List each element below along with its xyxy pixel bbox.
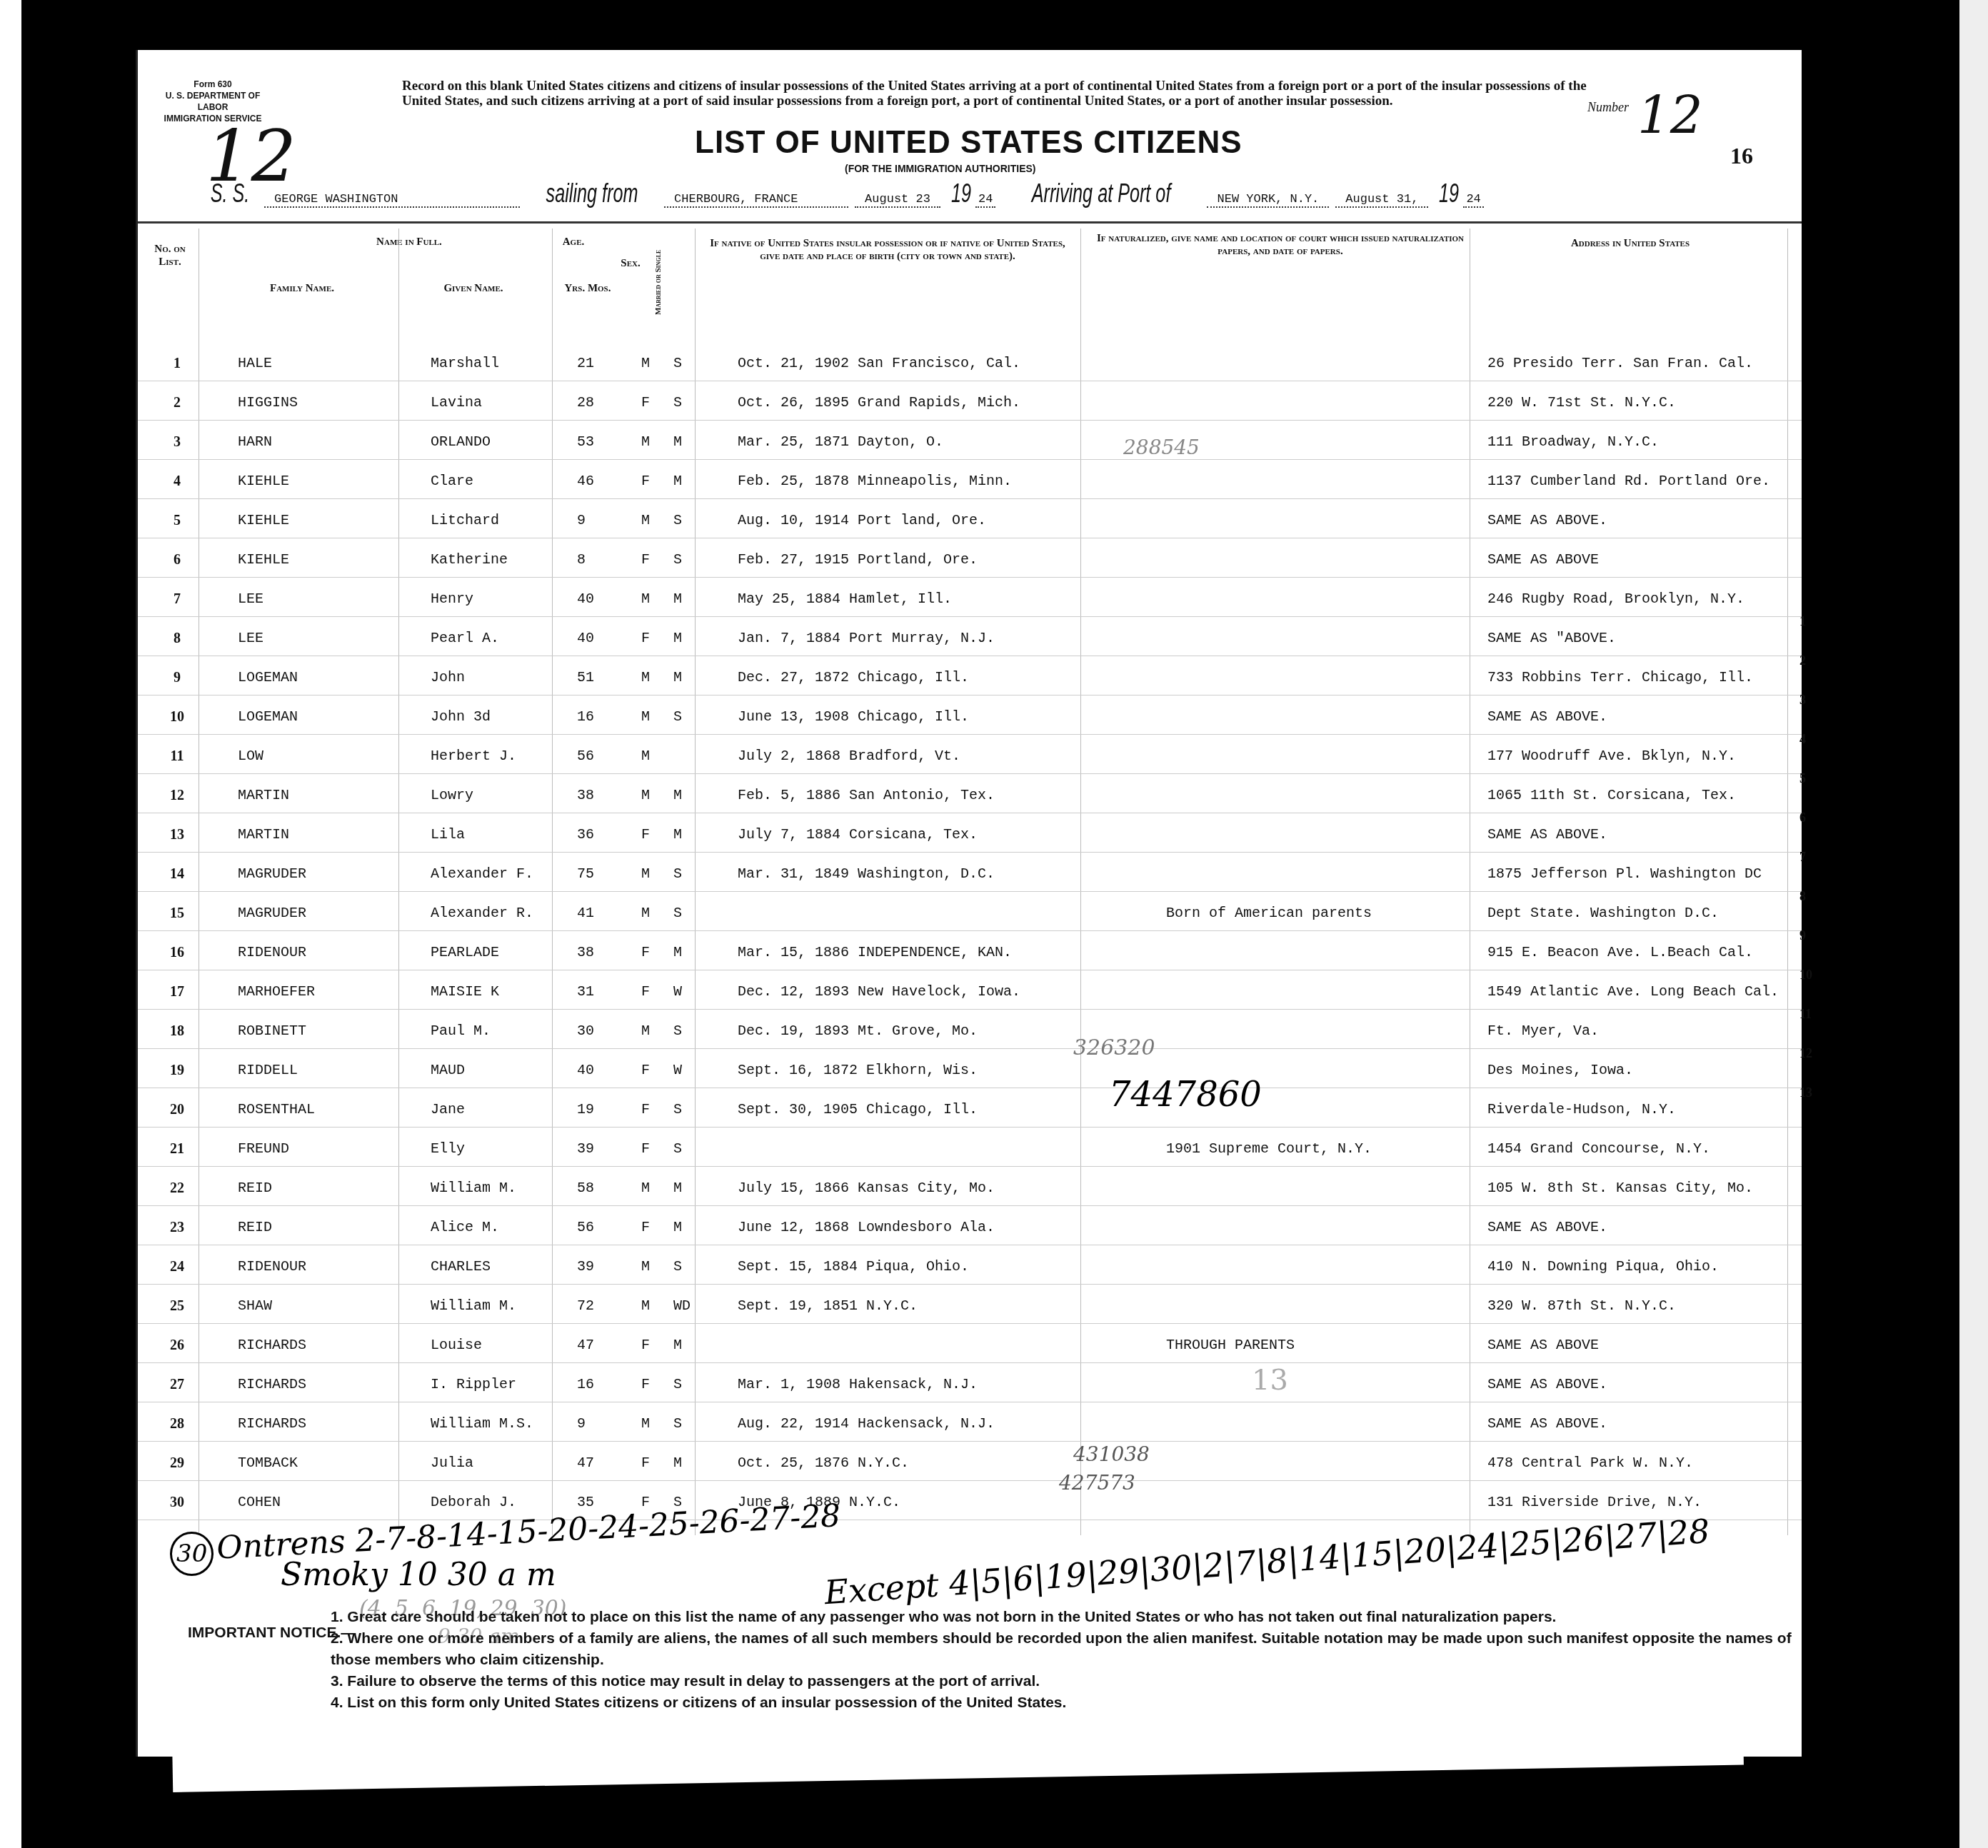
voyage-line: S. S. GEORGE WASHINGTON sailing from CHE…	[202, 179, 1773, 214]
given-name: Clare	[431, 473, 473, 490]
margin-line-number: 3	[1799, 693, 1806, 708]
table-row: 22REIDWilliam M.58MMJuly 15, 1866 Kansas…	[138, 1167, 1802, 1206]
family-name: COHEN	[238, 1495, 281, 1511]
given-name: Alexander R.	[431, 905, 533, 922]
sex: F	[641, 1455, 650, 1472]
age: 36	[577, 827, 594, 843]
sex: M	[641, 788, 650, 804]
record-instructions: Record on this blank United States citiz…	[402, 79, 1616, 109]
address: SAME AS ABOVE.	[1487, 709, 1607, 725]
family-name: LEE	[238, 591, 263, 608]
given-name: Henry	[431, 591, 473, 608]
table-row: 7LEEHenry40MMMay 25, 1884 Hamlet, Ill.24…	[138, 578, 1802, 617]
birth-info: Oct. 25, 1876 N.Y.C.	[738, 1455, 909, 1472]
sex: M	[641, 513, 650, 529]
family-name: TOMBACK	[238, 1455, 298, 1472]
address: Des Moines, Iowa.	[1487, 1063, 1633, 1079]
table-row: 11LOWHerbert J.56MJuly 2, 1868 Bradford,…	[138, 735, 1802, 774]
birth-info: Aug. 22, 1914 Hackensack, N.J.	[738, 1416, 995, 1432]
birth-info: June 13, 1908 Chicago, Ill.	[738, 709, 969, 725]
birth-info: Sept. 15, 1884 Piqua, Ohio.	[738, 1259, 969, 1275]
notice-item: 3. Failure to observe the terms of this …	[331, 1671, 1794, 1692]
table-row: 6KIEHLEKatherine8FSFeb. 27, 1915 Portlan…	[138, 539, 1802, 578]
row-number: 22	[163, 1180, 191, 1197]
age: 21	[577, 356, 594, 372]
sex: M	[641, 356, 650, 372]
birth-info: Dec. 12, 1893 New Havelock, Iowa.	[738, 984, 1020, 1000]
row-number: 24	[163, 1259, 191, 1275]
marital-status: M	[673, 591, 682, 608]
family-name: REID	[238, 1220, 272, 1236]
address: 105 W. 8th St. Kansas City, Mo.	[1487, 1180, 1753, 1197]
margin-line-number: 10	[1799, 968, 1812, 983]
marital-status: M	[673, 631, 682, 647]
given-name: Deborah J.	[431, 1495, 516, 1511]
col-birth: If native of United States insular posse…	[702, 237, 1073, 263]
family-name: RICHARDS	[238, 1416, 306, 1432]
table-row: 21FREUNDElly39FS1901 Supreme Court, N.Y.…	[138, 1128, 1802, 1167]
marital-status: M	[673, 1180, 682, 1197]
address: SAME AS ABOVE.	[1487, 1220, 1607, 1236]
family-name: ROSENTHAL	[238, 1102, 315, 1118]
departure-year: 24	[975, 193, 995, 208]
row-number: 27	[163, 1377, 191, 1393]
given-name: PEARLADE	[431, 945, 499, 961]
page-subtitle: (FOR THE IMMIGRATION AUTHORITIES)	[845, 163, 1036, 174]
marital-status: S	[673, 513, 682, 529]
address: 220 W. 71st St. N.Y.C.	[1487, 395, 1676, 411]
col-age: Age.	[538, 236, 609, 248]
col-family-name: Family Name.	[209, 282, 395, 295]
age: 30	[577, 1023, 594, 1040]
marital-status: S	[673, 356, 682, 372]
given-name: Elly	[431, 1141, 465, 1157]
margin-line-number: 2	[1799, 653, 1806, 668]
age: 39	[577, 1141, 594, 1157]
given-name: William M.	[431, 1298, 516, 1315]
sex: F	[641, 1063, 650, 1079]
row-number: 26	[163, 1337, 191, 1354]
circled-total: 30	[170, 1532, 214, 1576]
address: 320 W. 87th St. N.Y.C.	[1487, 1298, 1676, 1315]
table-row: 26RICHARDSLouise47FMTHROUGH PARENTSSAME …	[138, 1325, 1802, 1363]
family-name: HIGGINS	[238, 395, 298, 411]
address: 915 E. Beacon Ave. L.Beach Cal.	[1487, 945, 1753, 961]
header-rule	[138, 221, 1802, 224]
row-number: 28	[163, 1416, 191, 1432]
sex: M	[641, 591, 650, 608]
number-label: Number	[1587, 100, 1629, 115]
table-row: 14MAGRUDERAlexander F.75MSMar. 31, 1849 …	[138, 853, 1802, 892]
marital-status: S	[673, 1377, 682, 1393]
table-row: 27RICHARDSI. Rippler16FSMar. 1, 1908 Hak…	[138, 1364, 1802, 1402]
marital-status: M	[673, 434, 682, 451]
row-number: 6	[163, 552, 191, 568]
birth-info: July 7, 1884 Corsicana, Tex.	[738, 827, 978, 843]
age: 40	[577, 1063, 594, 1079]
family-name: FREUND	[238, 1141, 289, 1157]
age: 41	[577, 905, 594, 922]
table-row: 30COHENDeborah J.35FSJune 8, 1889 N.Y.C.…	[138, 1482, 1802, 1520]
row-number: 19	[163, 1063, 191, 1079]
age: 19	[577, 1102, 594, 1118]
marital-status: S	[673, 1141, 682, 1157]
table-row: 13MARTINLila36FMJuly 7, 1884 Corsicana, …	[138, 814, 1802, 853]
family-name: REID	[238, 1180, 272, 1197]
arrival-date: August 31,	[1335, 193, 1428, 208]
departure-year-prefix: 19	[951, 179, 971, 209]
given-name: Jane	[431, 1102, 465, 1118]
age: 28	[577, 395, 594, 411]
row-number: 11	[163, 748, 191, 765]
sex: F	[641, 1377, 650, 1393]
given-name: CHARLES	[431, 1259, 491, 1275]
marital-status: S	[673, 1416, 682, 1432]
row-number: 4	[163, 473, 191, 490]
naturalization-info: THROUGH PARENTS	[1166, 1337, 1295, 1354]
address: 1454 Grand Concourse, N.Y.	[1487, 1141, 1710, 1157]
row-number: 30	[163, 1495, 191, 1511]
birth-info: Oct. 21, 1902 San Francisco, Cal.	[738, 356, 1020, 372]
table-row: 3HARNORLANDO53MMMar. 25, 1871 Dayton, O.…	[138, 421, 1802, 460]
address: SAME AS ABOVE	[1487, 552, 1599, 568]
row-number: 16	[163, 945, 191, 961]
marital-status: M	[673, 1220, 682, 1236]
sex: F	[641, 1220, 650, 1236]
margin-line-number: 5	[1799, 771, 1806, 786]
age: 40	[577, 591, 594, 608]
sex: M	[641, 1180, 650, 1197]
margin-line-number: 11	[1799, 1007, 1812, 1022]
row-number: 15	[163, 905, 191, 922]
marital-status: S	[673, 1259, 682, 1275]
address: SAME AS ABOVE.	[1487, 1416, 1607, 1432]
row-number: 17	[163, 984, 191, 1000]
address: 246 Rugby Road, Brooklyn, N.Y.	[1487, 591, 1744, 608]
given-name: Katherine	[431, 552, 508, 568]
annotation-row19-number: 326320	[1073, 1035, 1155, 1060]
col-no: No. on List.	[152, 243, 188, 268]
stamp-13: 13	[1252, 1364, 1288, 1397]
table-row: 4KIEHLEClare46FMFeb. 25, 1878 Minneapoli…	[138, 461, 1802, 499]
table-row: 19RIDDELLMAUD40FWSept. 16, 1872 Elkhorn,…	[138, 1050, 1802, 1088]
table-row: 10LOGEMANJohn 3d16MSJune 13, 1908 Chicag…	[138, 696, 1802, 735]
family-name: LOW	[238, 748, 263, 765]
sex: M	[641, 1298, 650, 1315]
birth-info: June 12, 1868 Lowndesboro Ala.	[738, 1220, 995, 1236]
marital-status: M	[673, 670, 682, 686]
marital-status: S	[673, 1023, 682, 1040]
birth-info: Jan. 7, 1884 Port Murray, N.J.	[738, 631, 995, 647]
notice-item: 4. List on this form only United States …	[331, 1692, 1794, 1714]
sex: F	[641, 552, 650, 568]
sex: M	[641, 866, 650, 883]
marital-status: S	[673, 905, 682, 922]
scan-border-left	[0, 0, 21, 1848]
margin-line-number: 8	[1799, 889, 1806, 904]
given-name: I. Rippler	[431, 1377, 516, 1393]
address: Ft. Myer, Va.	[1487, 1023, 1599, 1040]
arrival-year: 24	[1463, 193, 1483, 208]
departure-date: August 23	[855, 193, 940, 208]
handwritten-note-line2: Smoky 10 30 a m	[281, 1557, 556, 1593]
given-name: Alexander F.	[431, 866, 533, 883]
marital-status: WD	[673, 1298, 691, 1315]
address: 410 N. Downing Piqua, Ohio.	[1487, 1259, 1719, 1275]
sex: F	[641, 473, 650, 490]
row-number: 7	[163, 591, 191, 608]
age: 9	[577, 1416, 586, 1432]
sex: F	[641, 1337, 650, 1354]
marital-status: M	[673, 1455, 682, 1472]
row-number: 29	[163, 1455, 191, 1472]
age: 53	[577, 434, 594, 451]
sex: F	[641, 631, 650, 647]
marital-status: S	[673, 552, 682, 568]
annotation-row29-number: 431038	[1073, 1442, 1150, 1466]
family-name: KIEHLE	[238, 513, 289, 529]
handwritten-except-tally: Except 4|5|6|19|29|30|2|7|8|14|15|20|24|…	[823, 1512, 1711, 1612]
birth-info: Aug. 10, 1914 Port land, Ore.	[738, 513, 986, 529]
age: 38	[577, 945, 594, 961]
address: 733 Robbins Terr. Chicago, Ill.	[1487, 670, 1753, 686]
given-name: Litchard	[431, 513, 499, 529]
family-name: MARTIN	[238, 788, 289, 804]
address: 1065 11th St. Corsicana, Tex.	[1487, 788, 1736, 804]
marital-status: M	[673, 473, 682, 490]
annotation-row30-number: 427573	[1059, 1471, 1135, 1495]
birth-info: May 25, 1884 Hamlet, Ill.	[738, 591, 952, 608]
table-row: 8LEEPearl A.40FMJan. 7, 1884 Port Murray…	[138, 618, 1802, 656]
given-name: ORLANDO	[431, 434, 491, 451]
address: 1137 Cumberland Rd. Portland Ore.	[1487, 473, 1770, 490]
family-name: SHAW	[238, 1298, 272, 1315]
age: 46	[577, 473, 594, 490]
age: 75	[577, 866, 594, 883]
given-name: MAUD	[431, 1063, 465, 1079]
given-name: William M.S.	[431, 1416, 533, 1432]
sex: M	[641, 709, 650, 725]
sex: F	[641, 984, 650, 1000]
row-number: 8	[163, 631, 191, 647]
age: 47	[577, 1337, 594, 1354]
naturalization-info: Born of American parents	[1166, 905, 1372, 922]
sex: F	[641, 945, 650, 961]
birth-info: Feb. 25, 1878 Minneapolis, Minn.	[738, 473, 1012, 490]
family-name: MAGRUDER	[238, 905, 306, 922]
margin-line-number: 9	[1799, 928, 1806, 943]
department: U. S. DEPARTMENT OF LABOR	[152, 90, 273, 113]
table-row: 29TOMBACKJulia47FMOct. 25, 1876 N.Y.C.47…	[138, 1442, 1802, 1481]
family-name: HALE	[238, 356, 272, 372]
margin-line-number: 4	[1799, 732, 1806, 747]
marital-status: W	[673, 984, 682, 1000]
birth-info: Mar. 1, 1908 Hakensack, N.J.	[738, 1377, 978, 1393]
address: SAME AS ABOVE.	[1487, 827, 1607, 843]
family-name: LOGEMAN	[238, 670, 298, 686]
birth-info: Feb. 27, 1915 Portland, Ore.	[738, 552, 978, 568]
age: 40	[577, 631, 594, 647]
form-number: Form 630	[152, 79, 273, 90]
table-row: 20ROSENTHALJane19FSSept. 30, 1905 Chicag…	[138, 1089, 1802, 1128]
sex: M	[641, 1416, 650, 1432]
family-name: HARN	[238, 434, 272, 451]
row-number: 25	[163, 1298, 191, 1315]
row-number: 13	[163, 827, 191, 843]
table-row: 16RIDENOURPEARLADE38FMMar. 15, 1886 INDE…	[138, 932, 1802, 970]
margin-line-number: 12	[1799, 1046, 1812, 1061]
sex: F	[641, 395, 650, 411]
age: 8	[577, 552, 586, 568]
family-name: MARTIN	[238, 827, 289, 843]
age: 56	[577, 1220, 594, 1236]
col-naturalization: If naturalized, give name and location o…	[1095, 232, 1466, 258]
col-given-name: Given Name.	[395, 282, 552, 295]
ship-name: GEORGE WASHINGTON	[264, 193, 520, 208]
marital-status: W	[673, 1063, 682, 1079]
family-name: RICHARDS	[238, 1377, 306, 1393]
given-name: William M.	[431, 1180, 516, 1197]
table-row: 23REIDAlice M.56FMJune 12, 1868 Lowndesb…	[138, 1207, 1802, 1245]
family-name: KIEHLE	[238, 552, 289, 568]
address: 1549 Atlantic Ave. Long Beach Cal.	[1487, 984, 1779, 1000]
given-name: Lila	[431, 827, 465, 843]
arriving-label: Arriving at Port of	[1032, 179, 1171, 209]
birth-info: Sept. 30, 1905 Chicago, Ill.	[738, 1102, 978, 1118]
col-married-single: Married or Single	[652, 243, 681, 321]
age: 72	[577, 1298, 594, 1315]
col-sex: Sex.	[609, 257, 652, 270]
given-name: Pearl A.	[431, 631, 499, 647]
number-value: 12	[1637, 86, 1703, 146]
manifest-sheet: Form 630 U. S. DEPARTMENT OF LABOR IMMIG…	[136, 50, 1802, 1757]
family-name: RIDENOUR	[238, 1259, 306, 1275]
sex: M	[641, 905, 650, 922]
birth-info: Mar. 25, 1871 Dayton, O.	[738, 434, 943, 451]
family-name: MARHOEFER	[238, 984, 315, 1000]
row-number: 20	[163, 1102, 191, 1118]
page-title: LIST OF UNITED STATES CITIZENS	[695, 125, 1242, 161]
address: 111 Broadway, N.Y.C.	[1487, 434, 1659, 451]
table-row: 5KIEHLELitchard9MSAug. 10, 1914 Port lan…	[138, 500, 1802, 538]
birth-info: Mar. 31, 1849 Washington, D.C.	[738, 866, 995, 883]
row-number: 14	[163, 866, 191, 883]
marital-status: M	[673, 827, 682, 843]
table-row: 12MARTINLowry38MMFeb. 5, 1886 San Antoni…	[138, 775, 1802, 813]
sex: M	[641, 670, 650, 686]
marital-status: M	[673, 945, 682, 961]
age: 31	[577, 984, 594, 1000]
birth-info: July 15, 1866 Kansas City, Mo.	[738, 1180, 995, 1197]
sex: M	[641, 1259, 650, 1275]
row-number: 2	[163, 395, 191, 411]
given-name: Herbert J.	[431, 748, 516, 765]
arrival-year-prefix: 19	[1439, 179, 1459, 209]
family-name: ROBINETT	[238, 1023, 306, 1040]
table-row: 24RIDENOURCHARLES39MSSept. 15, 1884 Piqu…	[138, 1246, 1802, 1285]
margin-line-number: 6	[1799, 810, 1806, 825]
table-row: 17MARHOEFERMAISIE K31FWDec. 12, 1893 New…	[138, 971, 1802, 1010]
family-name: RIDDELL	[238, 1063, 298, 1079]
sex: F	[641, 1102, 650, 1118]
row-number: 5	[163, 513, 191, 529]
row-number: 21	[163, 1141, 191, 1157]
given-name: Lavina	[431, 395, 482, 411]
family-name: LEE	[238, 631, 263, 647]
row-number: 18	[163, 1023, 191, 1040]
marital-status: S	[673, 1102, 682, 1118]
arrival-port: NEW YORK, N.Y.	[1207, 193, 1329, 208]
address: Riverdale-Hudson, N.Y.	[1487, 1102, 1676, 1118]
col-name-in-full: Name in Full.	[281, 236, 538, 248]
margin-line-number: 13	[1799, 1085, 1812, 1100]
family-name: KIEHLE	[238, 473, 289, 490]
age: 39	[577, 1259, 594, 1275]
address: Dept State. Washington D.C.	[1487, 905, 1719, 922]
birth-info: July 2, 1868 Bradford, Vt.	[738, 748, 960, 765]
address: 177 Woodruff Ave. Bklyn, N.Y.	[1487, 748, 1736, 765]
address: SAME AS "ABOVE.	[1487, 631, 1616, 647]
birth-info: Oct. 26, 1895 Grand Rapids, Mich.	[738, 395, 1020, 411]
given-name: John 3d	[431, 709, 491, 725]
table-row: 28RICHARDSWilliam M.S.9MSAug. 22, 1914 H…	[138, 1403, 1802, 1442]
marital-status: S	[673, 709, 682, 725]
age: 56	[577, 748, 594, 765]
table-row: 15MAGRUDERAlexander R.41MSBorn of Americ…	[138, 893, 1802, 931]
table-row: 18ROBINETTPaul M.30MSDec. 19, 1893 Mt. G…	[138, 1010, 1802, 1049]
age: 38	[577, 788, 594, 804]
given-name: John	[431, 670, 465, 686]
row-number: 3	[163, 434, 191, 451]
age: 16	[577, 1377, 594, 1393]
address: SAME AS ABOVE.	[1487, 1377, 1607, 1393]
table-row: 25SHAWWilliam M.72MWDSept. 19, 1851 N.Y.…	[138, 1285, 1802, 1324]
notice-item: 2. Where one or more members of a family…	[331, 1628, 1794, 1671]
ss-label: S. S.	[211, 179, 250, 209]
age: 47	[577, 1455, 594, 1472]
address: SAME AS ABOVE.	[1487, 513, 1607, 529]
margin-line-number: 7	[1799, 850, 1806, 865]
col-yrs-mos: Yrs. Mos.	[552, 282, 623, 295]
sailing-from-label: sailing from	[546, 179, 638, 209]
annotation-row21-number: 7447860	[1109, 1075, 1262, 1115]
page-mark: 16	[1730, 143, 1753, 169]
given-name: MAISIE K	[431, 984, 499, 1000]
sex: M	[641, 434, 650, 451]
birth-info: Mar. 15, 1886 INDEPENDENCE, KAN.	[738, 945, 1012, 961]
margin-line-number: 1	[1799, 614, 1806, 629]
age: 16	[577, 709, 594, 725]
row-number: 10	[163, 709, 191, 725]
annotation-row4-number: 288545	[1123, 436, 1200, 459]
birth-info: Sept. 19, 1851 N.Y.C.	[738, 1298, 918, 1315]
departure-port: CHERBOURG, FRANCE	[664, 193, 848, 208]
sex: F	[641, 1141, 650, 1157]
given-name: Alice M.	[431, 1220, 499, 1236]
row-number: 1	[163, 356, 191, 372]
given-name: Louise	[431, 1337, 482, 1354]
birth-info: Feb. 5, 1886 San Antonio, Tex.	[738, 788, 995, 804]
scan-border-right	[1959, 0, 1988, 1848]
age: 58	[577, 1180, 594, 1197]
family-name: MAGRUDER	[238, 866, 306, 883]
marital-status: S	[673, 395, 682, 411]
address: 478 Central Park W. N.Y.	[1487, 1455, 1693, 1472]
birth-info: Sept. 16, 1872 Elkhorn, Wis.	[738, 1063, 978, 1079]
table-row: 2HIGGINSLavina28FSOct. 26, 1895 Grand Ra…	[138, 382, 1802, 421]
sex: F	[641, 827, 650, 843]
address: 131 Riverside Drive, N.Y.	[1487, 1495, 1702, 1511]
